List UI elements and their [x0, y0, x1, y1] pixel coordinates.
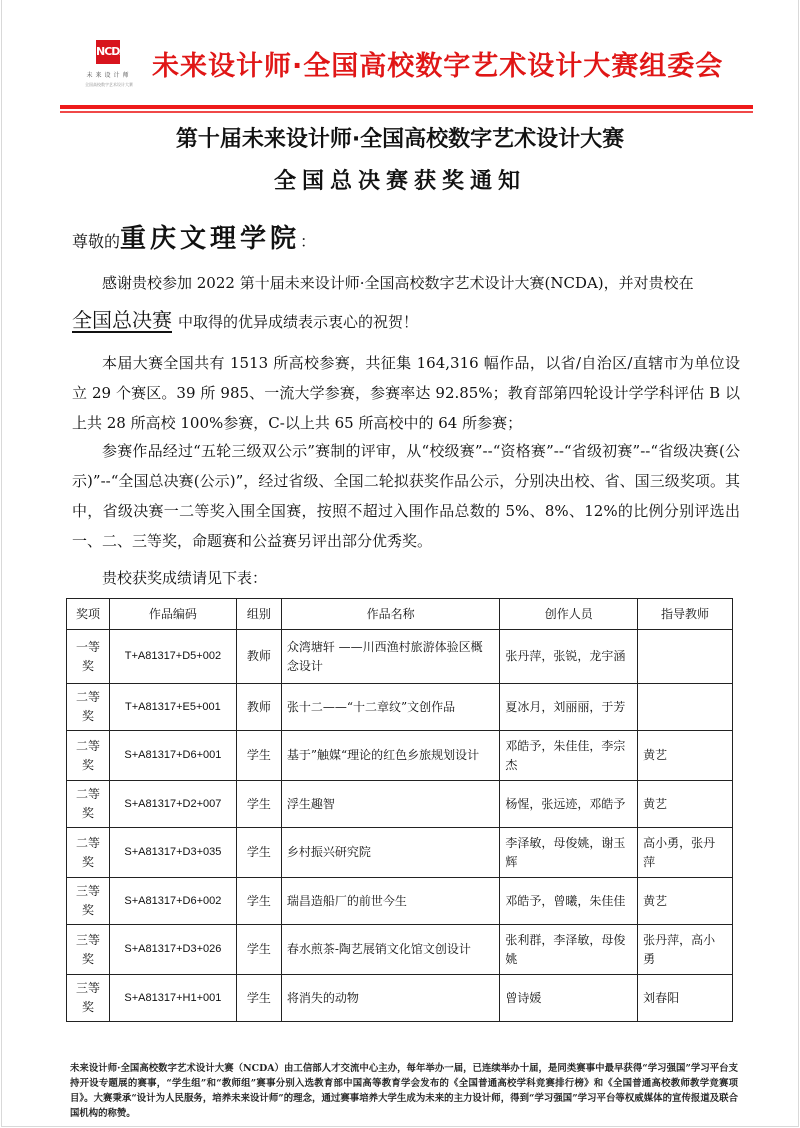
header-title: 作品名称	[281, 599, 500, 630]
table-row: 一等奖 T+A81317+D5+002 教师 众湾塘轩 ——川西渔村旅游体验区概…	[67, 630, 733, 684]
cell-group: 教师	[236, 684, 281, 731]
document-subtitle: 全国总决赛获奖通知	[0, 167, 800, 197]
cell-award: 二等奖	[67, 684, 110, 731]
header-group: 组别	[236, 599, 281, 630]
cell-creators: 杨惺，张远迹，邓皓予	[500, 781, 638, 828]
header-creators: 创作人员	[500, 599, 638, 630]
footer-about-text: 未来设计师·全国高校数字艺术设计大赛（NCDA）由工信部人才交流中心主办，每年举…	[70, 1061, 738, 1121]
cell-award: 三等奖	[67, 878, 110, 925]
cell-code: S+A81317+D3+026	[109, 925, 236, 975]
cell-code: S+A81317+D6+002	[109, 878, 236, 925]
cell-creators: 邓皓予，朱佳佳，李宗杰	[500, 731, 638, 781]
paragraph-statistics: 本届大赛全国共有 1513 所高校参赛，共征集 164,316 幅作品，以省/自…	[72, 348, 740, 438]
award-stage: 全国总决赛	[72, 308, 178, 332]
organizer-title: 未来设计师·全国高校数字艺术设计大赛组委会	[152, 50, 723, 84]
cell-award: 二等奖	[67, 781, 110, 828]
cell-advisor: 黄艺	[638, 878, 733, 925]
cell-group: 教师	[236, 630, 281, 684]
table-row: 三等奖 S+A81317+D6+002 学生 瑞昌造船厂的前世今生 邓皓予，曾曦…	[67, 878, 733, 925]
congrats-text: 中取得的优异成绩表示衷心的祝贺！	[178, 313, 418, 331]
table-row: 三等奖 S+A81317+D3+026 学生 春水煎茶-陶艺展销文化馆文创设计 …	[67, 925, 733, 975]
cell-code: S+A81317+D6+001	[109, 731, 236, 781]
paragraph-judging: 参赛作品经过“五轮三级双公示”赛制的评审，从“校级赛”--“资格赛”--“省级初…	[72, 436, 740, 556]
cell-award: 三等奖	[67, 925, 110, 975]
salutation-prefix: 尊敬的	[72, 232, 120, 251]
cell-creators: 张丹萍，张锐，龙宇涵	[500, 630, 638, 684]
cell-title: 乡村振兴研究院	[281, 828, 500, 878]
cell-award: 三等奖	[67, 975, 110, 1022]
cell-title: 春水煎茶-陶艺展销文化馆文创设计	[281, 925, 500, 975]
cell-group: 学生	[236, 975, 281, 1022]
cell-group: 学生	[236, 925, 281, 975]
table-row: 二等奖 S+A81317+D3+035 学生 乡村振兴研究院 李泽敏，母俊姚，谢…	[67, 828, 733, 878]
cell-advisor: 黄艺	[638, 731, 733, 781]
table-row: 二等奖 S+A81317+D2+007 学生 浮生趣智 杨惺，张远迹，邓皓予 黄…	[67, 781, 733, 828]
cell-code: S+A81317+H1+001	[109, 975, 236, 1022]
document-title: 第十届未来设计师·全国高校数字艺术设计大赛	[0, 125, 800, 155]
cell-advisor	[638, 684, 733, 731]
header-code: 作品编码	[109, 599, 236, 630]
cell-advisor: 高小勇，张丹萍	[638, 828, 733, 878]
cell-title: 浮生趣智	[281, 781, 500, 828]
salutation-suffix: ：	[300, 232, 316, 251]
cell-award: 二等奖	[67, 828, 110, 878]
cell-title: 瑞昌造船厂的前世今生	[281, 878, 500, 925]
cell-group: 学生	[236, 781, 281, 828]
cell-code: T+A81317+D5+002	[109, 630, 236, 684]
cell-advisor: 张丹萍，高小勇	[638, 925, 733, 975]
cell-title: 将消失的动物	[281, 975, 500, 1022]
cell-creators: 邓皓予，曾曦，朱佳佳	[500, 878, 638, 925]
cell-title: 众湾塘轩 ——川西渔村旅游体验区概念设计	[281, 630, 500, 684]
table-row: 三等奖 S+A81317+H1+001 学生 将消失的动物 曾诗媛 刘春阳	[67, 975, 733, 1022]
cell-creators: 曾诗媛	[500, 975, 638, 1022]
table-row: 二等奖 T+A81317+E5+001 教师 张十二——“十二章纹”文创作品 夏…	[67, 684, 733, 731]
cell-creators: 张利群，李泽敏，母俊姚	[500, 925, 638, 975]
cell-creators: 夏冰月，刘丽丽，于芳	[500, 684, 638, 731]
cell-award: 二等奖	[67, 731, 110, 781]
paragraph-thanks-continued: 全国总决赛中取得的优异成绩表示衷心的祝贺！	[72, 306, 418, 336]
header-rule-thick	[60, 105, 753, 109]
cell-award: 一等奖	[67, 630, 110, 684]
logo-mark-icon: NCDA	[96, 40, 120, 64]
logo-subcaption: 全国高校数字艺术设计大赛	[76, 82, 142, 88]
cell-advisor: 刘春阳	[638, 975, 733, 1022]
cell-code: S+A81317+D3+035	[109, 828, 236, 878]
cell-title: 张十二——“十二章纹”文创作品	[281, 684, 500, 731]
ncda-logo: NCDA 未来设计师 全国高校数字艺术设计大赛	[76, 40, 142, 98]
awards-table: 奖项 作品编码 组别 作品名称 创作人员 指导教师 一等奖 T+A81317+D…	[66, 598, 733, 1022]
cell-group: 学生	[236, 828, 281, 878]
paragraph-table-intro: 贵校获奖成绩请见下表：	[72, 565, 740, 591]
header-advisor: 指导教师	[638, 599, 733, 630]
salutation: 尊敬的重庆文理学院：	[72, 222, 316, 259]
cell-advisor	[638, 630, 733, 684]
header-award: 奖项	[67, 599, 110, 630]
cell-code: S+A81317+D2+007	[109, 781, 236, 828]
cell-title: 基于”触媒“理论的红色乡旅规划设计	[281, 731, 500, 781]
logo-caption: 未来设计师	[76, 72, 142, 80]
table-header-row: 奖项 作品编码 组别 作品名称 创作人员 指导教师	[67, 599, 733, 630]
cell-group: 学生	[236, 731, 281, 781]
paragraph-thanks: 感谢贵校参加 2022 第十届未来设计师·全国高校数字艺术设计大赛(NCDA)，…	[72, 270, 740, 296]
header-rule-thin	[60, 111, 753, 113]
cell-code: T+A81317+E5+001	[109, 684, 236, 731]
cell-group: 学生	[236, 878, 281, 925]
cell-advisor: 黄艺	[638, 781, 733, 828]
school-name: 重庆文理学院	[120, 224, 300, 254]
table-row: 二等奖 S+A81317+D6+001 学生 基于”触媒“理论的红色乡旅规划设计…	[67, 731, 733, 781]
cell-creators: 李泽敏，母俊姚，谢玉辉	[500, 828, 638, 878]
